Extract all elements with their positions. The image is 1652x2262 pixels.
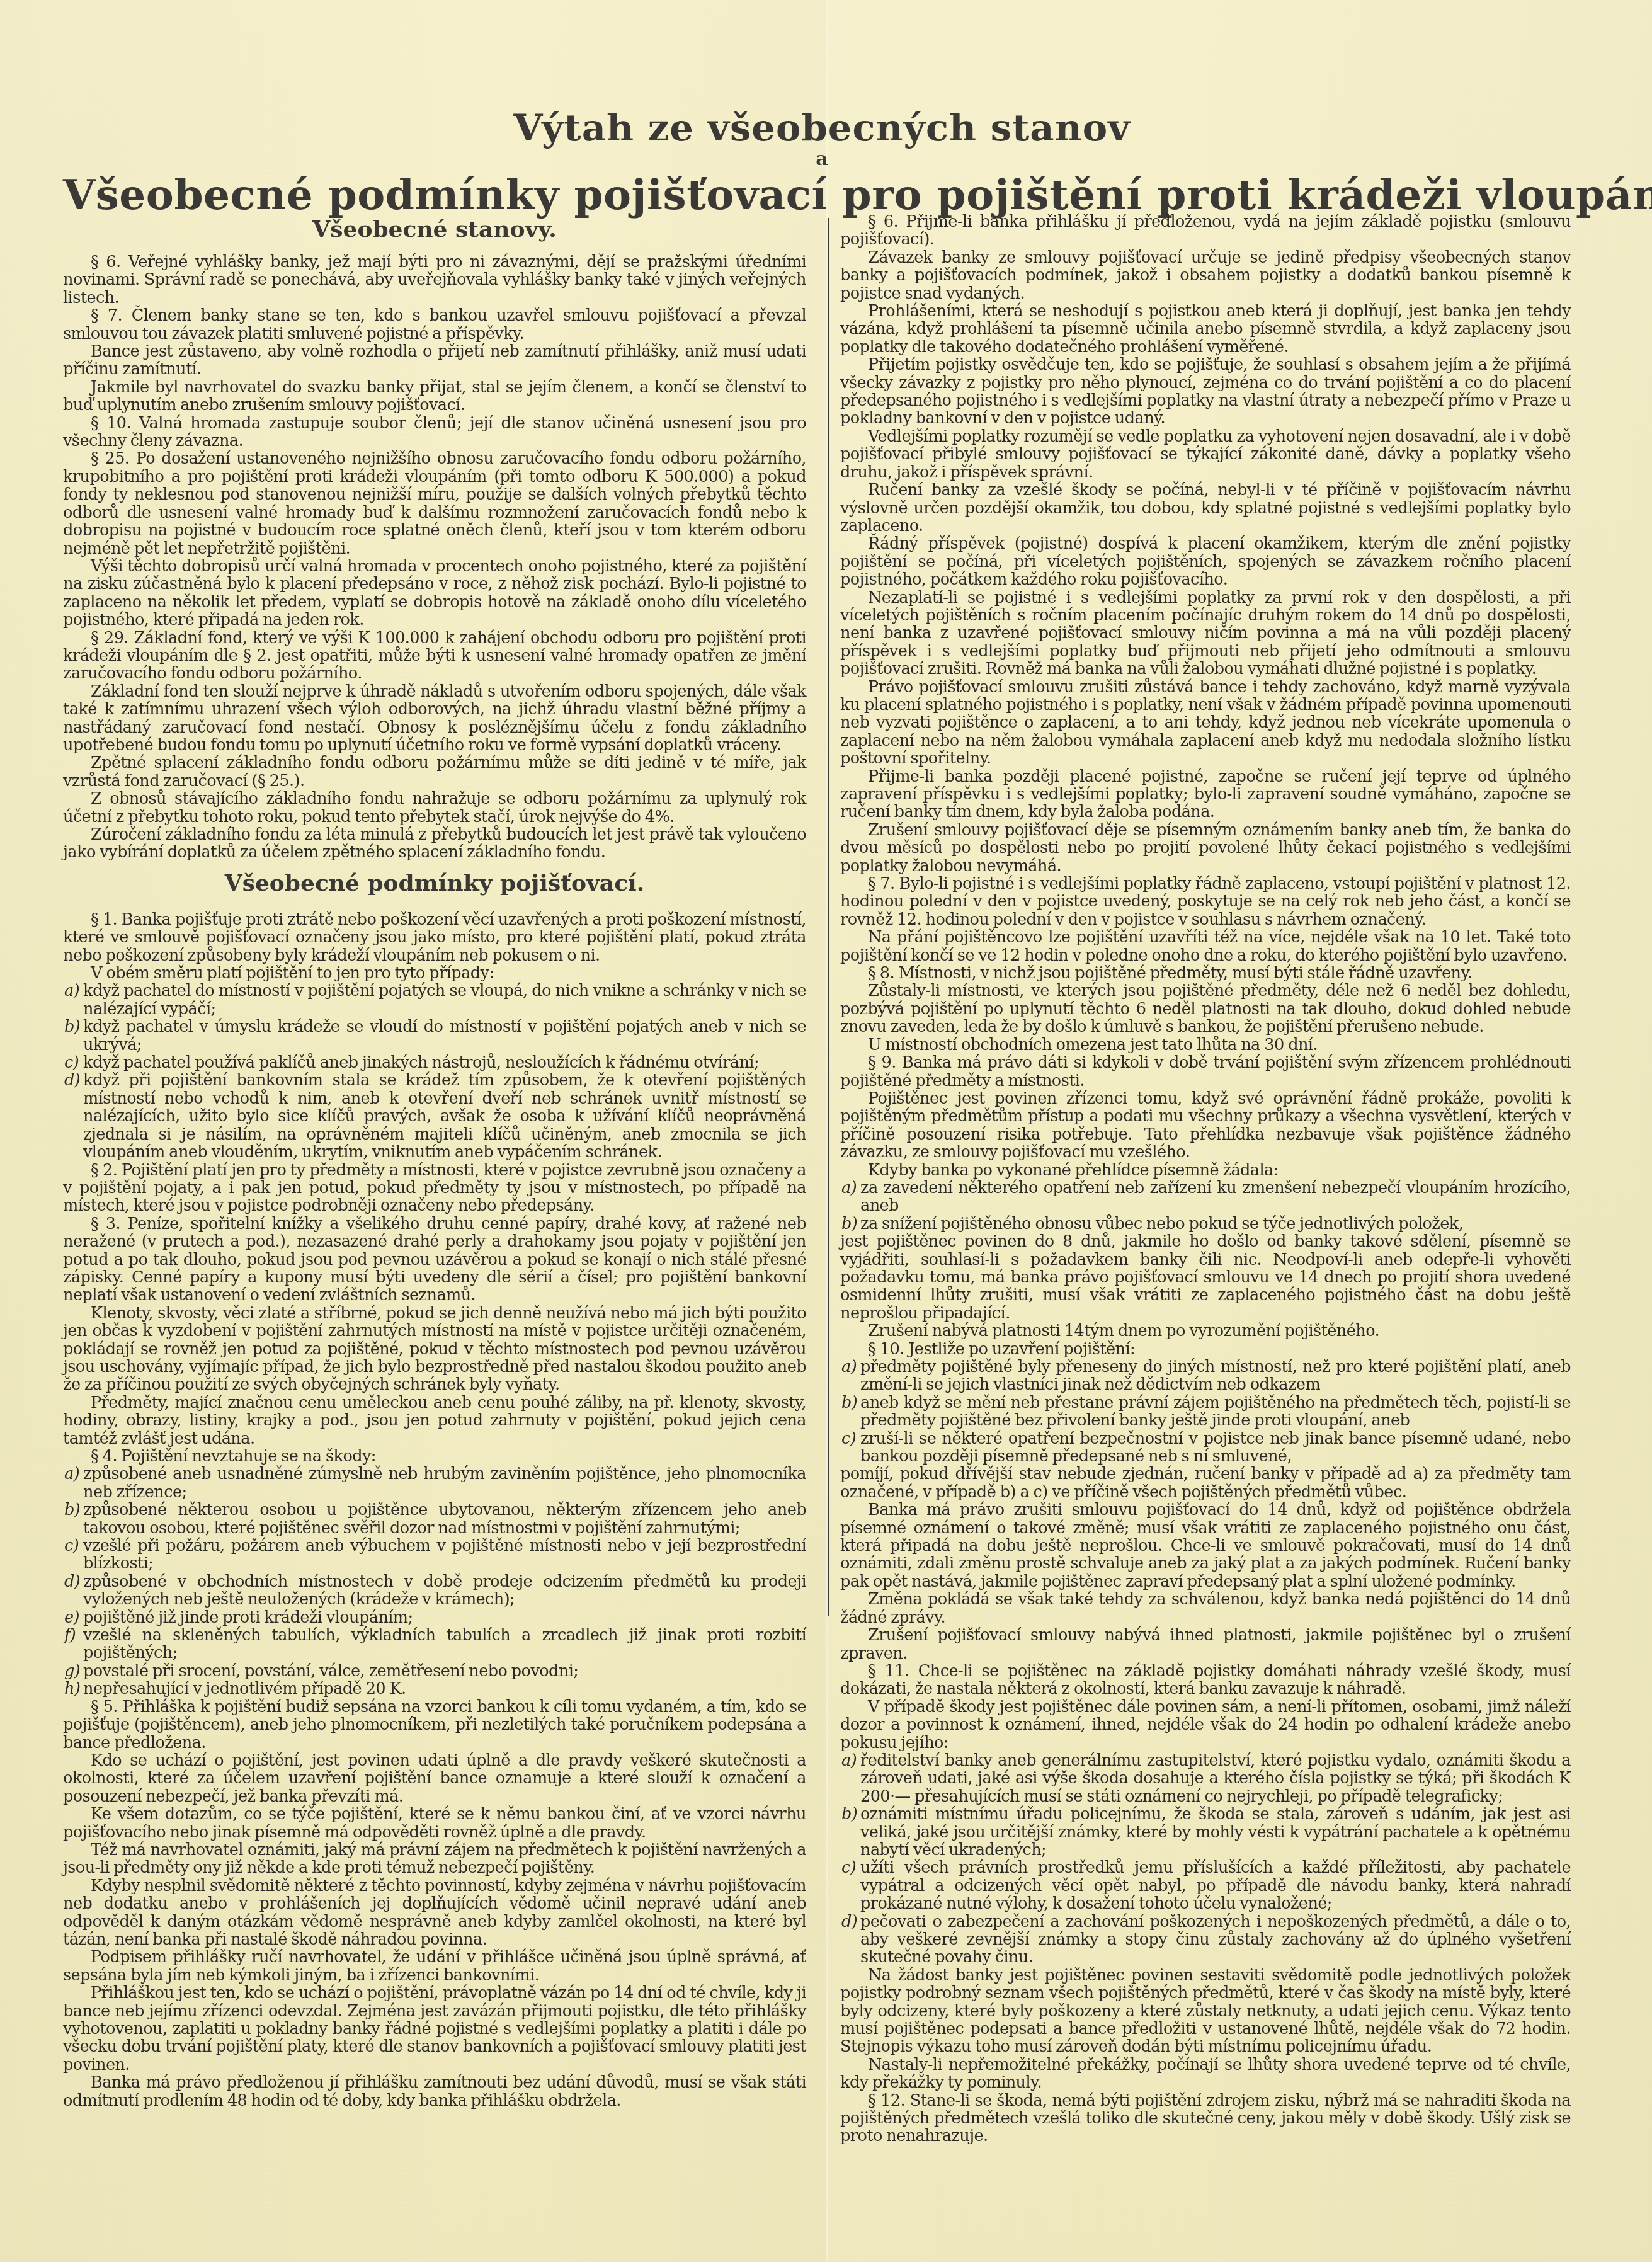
list-item-text: pojištěné již jinde proti krádeži vloupá… xyxy=(83,1609,806,1626)
list-item-text: za snížení pojištěného obnosu vůbec nebo… xyxy=(860,1215,1571,1233)
list-item-text: předměty pojištěné byly přeneseny do jin… xyxy=(860,1358,1571,1394)
document-title-connector: a xyxy=(63,149,1581,170)
list-item-label: g) xyxy=(63,1662,83,1680)
paragraph: Právo pojišťovací smlouvu zrušiti zůstáv… xyxy=(840,678,1571,768)
general-statutes-text: § 6. Veřejné vyhlášky banky, jež mají bý… xyxy=(63,253,806,862)
list-item-text: aneb když se mění neb přestane právní zá… xyxy=(860,1394,1571,1430)
paragraph: Změna pokládá se však také tehdy za schv… xyxy=(840,1591,1571,1626)
list-item-text: když pachatel do místností v pojištění p… xyxy=(83,982,806,1018)
paragraph: Ručení banky za vzešlé škody se počíná, … xyxy=(840,481,1571,535)
paragraph: § 6. Přijme-li banka přihlášku jí předlo… xyxy=(840,213,1571,249)
paragraph: Banka má právo zrušiti smlouvu pojišťova… xyxy=(840,1501,1571,1591)
paragraph: Zrušení smlouvy pojišťovací děje se píse… xyxy=(840,821,1571,875)
list-item: b)když pachatel v úmyslu krádeže se vlou… xyxy=(63,1018,806,1054)
list-item-label: c) xyxy=(840,1430,860,1466)
heading-general-conditions: Všeobecné podmínky pojišťovací. xyxy=(63,871,806,896)
paragraph: Jakmile byl navrhovatel do svazku banky … xyxy=(63,379,806,414)
paragraph: Vedlejšími poplatky rozumějí se vedle po… xyxy=(840,428,1571,481)
paragraph: Na žádost banky jest pojištěnec povinen … xyxy=(840,1967,1571,2056)
list-item-label: b) xyxy=(840,1805,860,1859)
list-item: c)když pachatel používá paklíčů aneb jin… xyxy=(63,1054,806,1071)
document-page: Výtah ze všeobecných stanov a Všeobecné … xyxy=(63,107,1581,219)
paragraph: Kdyby nesplnil svědomitě některé z těcht… xyxy=(63,1877,806,1949)
column-divider xyxy=(828,218,829,1616)
list-item: d)když při pojištění bankovním stala se … xyxy=(63,1071,806,1161)
paragraph: § 11. Chce-li se pojištěnec na základě p… xyxy=(840,1662,1571,1698)
list-item-label: d) xyxy=(63,1573,83,1609)
list-item-text: oznámiti místnímu úřadu policejnímu, že … xyxy=(860,1805,1571,1859)
paragraph: Přijetím pojistky osvědčuje ten, kdo se … xyxy=(840,356,1571,428)
paragraph: Z obnosů stávajícího základního fondu na… xyxy=(63,790,806,826)
list-item-text: způsobené některou osobou u pojištěnce u… xyxy=(83,1501,806,1537)
list-item: b)oznámiti místnímu úřadu policejnímu, ž… xyxy=(840,1805,1571,1859)
list-item-text: způsobené aneb usnadněné zúmyslně neb hr… xyxy=(83,1465,806,1501)
paragraph: § 3. Peníze, spořitelní knížky a všeliké… xyxy=(63,1215,806,1305)
list-item-text: způsobené v obchodních místnostech v dob… xyxy=(83,1573,806,1609)
list-item-text: zruší-li se některé opatření bezpečnostn… xyxy=(860,1430,1571,1466)
paragraph: Zúročení základního fondu za léta minulá… xyxy=(63,826,806,862)
paragraph: § 10. Jestliže po uzavření pojištění: xyxy=(840,1340,1571,1358)
list-item-label: h) xyxy=(63,1680,83,1698)
list-item-text: když pachatel v úmyslu krádeže se vloudí… xyxy=(83,1018,806,1054)
list-item-label: c) xyxy=(63,1537,83,1573)
paragraph: pomíjí, pokud dřívější stav nebude zjedn… xyxy=(840,1465,1571,1501)
paragraph: V případě škody jest pojištěnec dále pov… xyxy=(840,1698,1571,1752)
paragraph: Zrušení nabývá platnosti 14tým dnem po v… xyxy=(840,1322,1571,1340)
paragraph: Ke všem dotazům, co se týče pojištění, k… xyxy=(63,1805,806,1841)
list-item-text: vzešlé na skleněných tabulích, výkladníc… xyxy=(83,1626,806,1662)
list-item: c)užíti všech právních prostředků jemu p… xyxy=(840,1859,1571,1912)
list-item: a)předměty pojištěné byly přeneseny do j… xyxy=(840,1358,1571,1394)
list-item-label: b) xyxy=(63,1501,83,1537)
list-item-text: vzešlé při požáru, požárem aneb výbuchem… xyxy=(83,1537,806,1573)
list-item: b)za snížení pojištěného obnosu vůbec ne… xyxy=(840,1215,1571,1233)
paragraph: Zpětné splacení základního fondu odboru … xyxy=(63,754,806,790)
paragraph: § 10. Valná hromada zastupuje soubor čle… xyxy=(63,414,806,450)
paragraph: Řádný příspěvek (pojistné) dospívá k pla… xyxy=(840,535,1571,588)
paragraph: Zůstaly-li místnosti, ve kterých jsou po… xyxy=(840,982,1571,1036)
list-item-text: za zavedení některého opatření neb zaříz… xyxy=(860,1179,1571,1215)
list-item-text: pečovati o zabezpečení a zachování poško… xyxy=(860,1913,1571,1967)
paragraph: § 6. Veřejné vyhlášky banky, jež mají bý… xyxy=(63,253,806,307)
list-item-label: c) xyxy=(63,1054,83,1071)
paragraph: U místností obchodních omezena jest tato… xyxy=(840,1036,1571,1054)
paragraph: § 7. Bylo-li pojistné i s vedlejšími pop… xyxy=(840,875,1571,928)
paragraph: Banka má právo předloženou jí přihlášku … xyxy=(63,2074,806,2110)
list-item: b)způsobené některou osobou u pojištěnce… xyxy=(63,1501,806,1537)
list-item: b)aneb když se mění neb přestane právní … xyxy=(840,1394,1571,1430)
list-item: f)vzešlé na skleněných tabulích, výkladn… xyxy=(63,1626,806,1662)
list-item-label: b) xyxy=(840,1215,860,1233)
paragraph: Závazek banky ze smlouvy pojišťovací urč… xyxy=(840,249,1571,302)
paragraph: Kdo se uchází o pojištění, jest povinen … xyxy=(63,1752,806,1805)
list-item: a)způsobené aneb usnadněné zúmyslně neb … xyxy=(63,1465,806,1501)
paragraph: Zrušení pojišťovací smlouvy nabývá ihned… xyxy=(840,1626,1571,1662)
paragraph: jest pojištěnec povinen do 8 dnů, jakmil… xyxy=(840,1233,1571,1322)
list-item-label: a) xyxy=(840,1752,860,1805)
paragraph: Přihláškou jest ten, kdo se uchází o poj… xyxy=(63,1984,806,2074)
paragraph: V obém směru platí pojištění to jen pro … xyxy=(63,964,806,982)
list-item: g)povstalé při srocení, povstání, válce,… xyxy=(63,1662,806,1680)
paragraph: § 7. Členem banky stane se ten, kdo s ba… xyxy=(63,307,806,343)
document-title-line-1: Výtah ze všeobecných stanov xyxy=(48,107,1596,149)
list-item-text: nepřesahující v jednotlivém případě 20 K… xyxy=(83,1680,806,1698)
list-item-label: e) xyxy=(63,1609,83,1626)
list-item-label: a) xyxy=(63,982,83,1018)
general-conditions-text-right: § 6. Přijme-li banka přihlášku jí předlo… xyxy=(840,213,1571,2145)
left-column: Všeobecné stanovy. § 6. Veřejné vyhlášky… xyxy=(63,213,819,2145)
list-item: c)zruší-li se některé opatření bezpečnos… xyxy=(840,1430,1571,1466)
title-block: Výtah ze všeobecných stanov a Všeobecné … xyxy=(63,107,1581,219)
list-item-label: a) xyxy=(63,1465,83,1501)
list-item-label: d) xyxy=(63,1071,83,1161)
paragraph: § 5. Přihláška k pojištění budiž sepsána… xyxy=(63,1698,806,1752)
list-item-label: c) xyxy=(840,1859,860,1912)
list-item-label: d) xyxy=(840,1913,860,1967)
paragraph: Přijme-li banka později placené pojistné… xyxy=(840,768,1571,821)
paragraph: Kdyby banka po vykonané přehlídce písemn… xyxy=(840,1162,1571,1179)
paragraph: Prohlášeními, která se neshodují s pojis… xyxy=(840,302,1571,356)
paragraph: § 2. Pojištění platí jen pro ty předměty… xyxy=(63,1162,806,1215)
paragraph: § 8. Místnosti, v nichž jsou pojištěné p… xyxy=(840,964,1571,982)
list-item-label: b) xyxy=(63,1018,83,1054)
paragraph: Předměty, mající značnou cenu uměleckou … xyxy=(63,1394,806,1448)
list-item-label: b) xyxy=(840,1394,860,1430)
general-conditions-text-left: § 1. Banka pojišťuje proti ztrátě nebo p… xyxy=(63,911,806,2110)
list-item-text: užíti všech právních prostředků jemu pří… xyxy=(860,1859,1571,1912)
paragraph: Nezaplatí-li se pojistné i s vedlejšími … xyxy=(840,589,1571,678)
paragraph: § 29. Základní fond, který ve výši K 100… xyxy=(63,629,806,683)
paragraph: § 4. Pojištění nevztahuje se na škody: xyxy=(63,1448,806,1465)
paragraph: Podpisem přihlášky ručí navrhovatel, že … xyxy=(63,1948,806,1984)
list-item: d)způsobené v obchodních místnostech v d… xyxy=(63,1573,806,1609)
paragraph: Klenoty, skvosty, věci zlaté a stříbrné,… xyxy=(63,1305,806,1394)
two-column-body: Všeobecné stanovy. § 6. Veřejné vyhlášky… xyxy=(63,213,1581,2145)
paragraph: § 12. Stane-li se škoda, nemá býti pojiš… xyxy=(840,2092,1571,2145)
list-item-text: když při pojištění bankovním stala se kr… xyxy=(83,1071,806,1161)
paragraph: Základní fond ten slouží nejprve k úhrad… xyxy=(63,683,806,755)
paragraph: Též má navrhovatel oznámiti, jaký má prá… xyxy=(63,1841,806,1877)
paragraph: Bance jest zůstaveno, aby volně rozhodla… xyxy=(63,343,806,379)
list-item-label: a) xyxy=(840,1358,860,1394)
list-item-text: když pachatel používá paklíčů aneb jinak… xyxy=(83,1054,806,1071)
list-item: e)pojištěné již jinde proti krádeži vlou… xyxy=(63,1609,806,1626)
paragraph: § 9. Banka má právo dáti si kdykoli v do… xyxy=(840,1054,1571,1090)
list-item: a)když pachatel do místností v pojištění… xyxy=(63,982,806,1018)
paragraph: § 1. Banka pojišťuje proti ztrátě nebo p… xyxy=(63,911,806,964)
paragraph: Pojištěnec jest povinen zřízenci tomu, k… xyxy=(840,1090,1571,1162)
list-item: a)ředitelství banky aneb generálnímu zas… xyxy=(840,1752,1571,1805)
list-item-label: a) xyxy=(840,1179,860,1215)
list-item: a)za zavedení některého opatření neb zař… xyxy=(840,1179,1571,1215)
list-item: h)nepřesahující v jednotlivém případě 20… xyxy=(63,1680,806,1698)
paragraph: Na přání pojištěncovo lze pojištění uzav… xyxy=(840,928,1571,964)
heading-general-statutes: Všeobecné stanovy. xyxy=(63,217,806,242)
list-item-text: povstalé při srocení, povstání, válce, z… xyxy=(83,1662,806,1680)
list-item: c)vzešlé při požáru, požárem aneb výbuch… xyxy=(63,1537,806,1573)
right-column: § 6. Přijme-li banka přihlášku jí předlo… xyxy=(840,213,1571,2145)
list-item-label: f) xyxy=(63,1626,83,1662)
paragraph: § 25. Po dosažení ustanoveného nejnižšíh… xyxy=(63,450,806,557)
paragraph: Výši těchto dobropisů určí valná hromada… xyxy=(63,557,806,629)
paragraph: Nastaly-li nepřemožitelné překážky, počí… xyxy=(840,2056,1571,2092)
list-item: d)pečovati o zabezpečení a zachování poš… xyxy=(840,1913,1571,1967)
list-item-text: ředitelství banky aneb generálnímu zastu… xyxy=(860,1752,1571,1805)
